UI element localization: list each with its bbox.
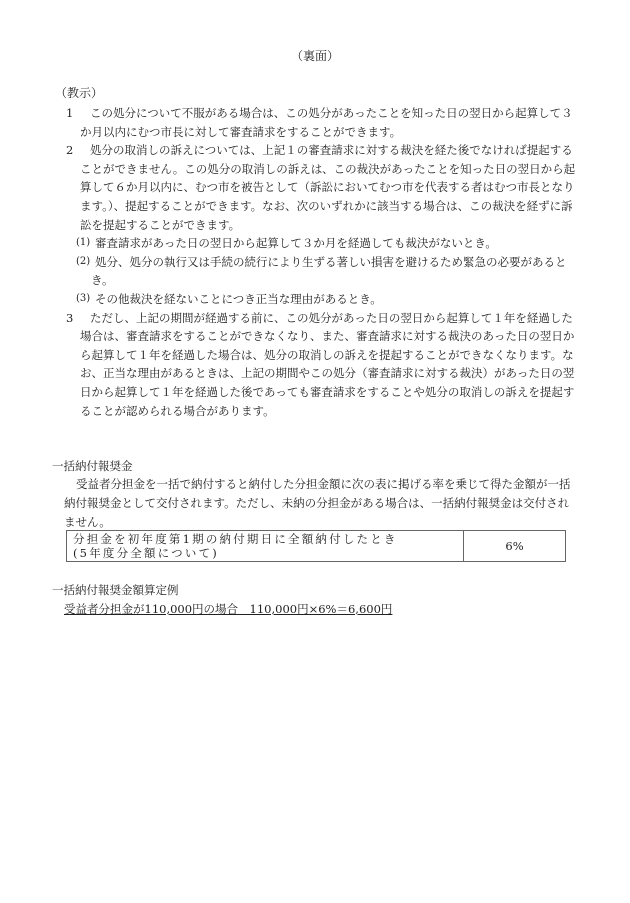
table-row: 分担金を初年度第1期の納付期日に全額納付したとき (5年度分全額について) 6%: [67, 531, 566, 562]
item-text: この処分について不服がある場合は、この処分があったことを知った日の翌日から起算し…: [80, 104, 576, 141]
kyouji-item-2: 2 処分の取消しの訴えについては、上記１の審査請求に対する裁決を経た後でなければ…: [66, 141, 576, 234]
example-heading: 一括納付報奨金額算定例: [52, 582, 179, 598]
subitem-number: (2): [76, 253, 90, 272]
condition-line-2: (5年度分全額について): [73, 546, 457, 560]
reward-description: 受益者分担金を一括で納付すると納付した分担金額に次の表に掲げる率を乗じて得た金額…: [64, 475, 574, 532]
rate-cell: 6%: [464, 531, 566, 562]
kyouji-subitem-1: (1) 審査請求があった日の翌日から起算して３か月を経過しても裁決がないとき。: [66, 234, 576, 253]
kyouji-subitem-3: (3) その他裁決を経ないことにつき正当な理由があるとき。: [66, 290, 576, 309]
reward-heading: 一括納付報奨金: [52, 458, 133, 474]
kyouji-heading: （教示）: [55, 84, 103, 101]
subitem-text: 処分、処分の執行又は手続の続行により生ずる著しい損害を避けるため緊急の必要がある…: [91, 253, 576, 290]
kyouji-list: 1 この処分について不服がある場合は、この処分があったことを知った日の翌日から起…: [66, 104, 576, 420]
subitem-text: その他裁決を経ないことにつき正当な理由があるとき。: [91, 290, 576, 309]
item-number: 1: [66, 104, 73, 123]
kyouji-subitem-2: (2) 処分、処分の執行又は手続の続行により生ずる著しい損害を避けるため緊急の必…: [66, 253, 576, 290]
kyouji-item-1: 1 この処分について不服がある場合は、この処分があったことを知った日の翌日から起…: [66, 104, 576, 141]
item-number: 2: [66, 141, 73, 160]
page-title: （裏面）: [0, 47, 630, 64]
reward-rate-table: 分担金を初年度第1期の納付期日に全額納付したとき (5年度分全額について) 6%: [66, 530, 566, 562]
item-number: 3: [66, 309, 73, 328]
subitem-number: (3): [76, 290, 90, 309]
kyouji-item-3: 3 ただし、上記の期間が経過する前に、この処分があった日の翌日から起算して１年を…: [66, 309, 576, 421]
example-calculation: 受益者分担金が110,000円の場合 110,000円×6%＝6,600円: [64, 601, 392, 617]
item-text: 処分の取消しの訴えについては、上記１の審査請求に対する裁決を経た後でなければ提起…: [80, 141, 576, 234]
item-text: ただし、上記の期間が経過する前に、この処分があった日の翌日から起算して１年を経過…: [80, 309, 576, 421]
subitem-text: 審査請求があった日の翌日から起算して３か月を経過しても裁決がないとき。: [91, 234, 576, 253]
condition-cell: 分担金を初年度第1期の納付期日に全額納付したとき (5年度分全額について): [67, 531, 464, 562]
condition-line-1: 分担金を初年度第1期の納付期日に全額納付したとき: [73, 532, 457, 546]
subitem-number: (1): [76, 234, 90, 253]
